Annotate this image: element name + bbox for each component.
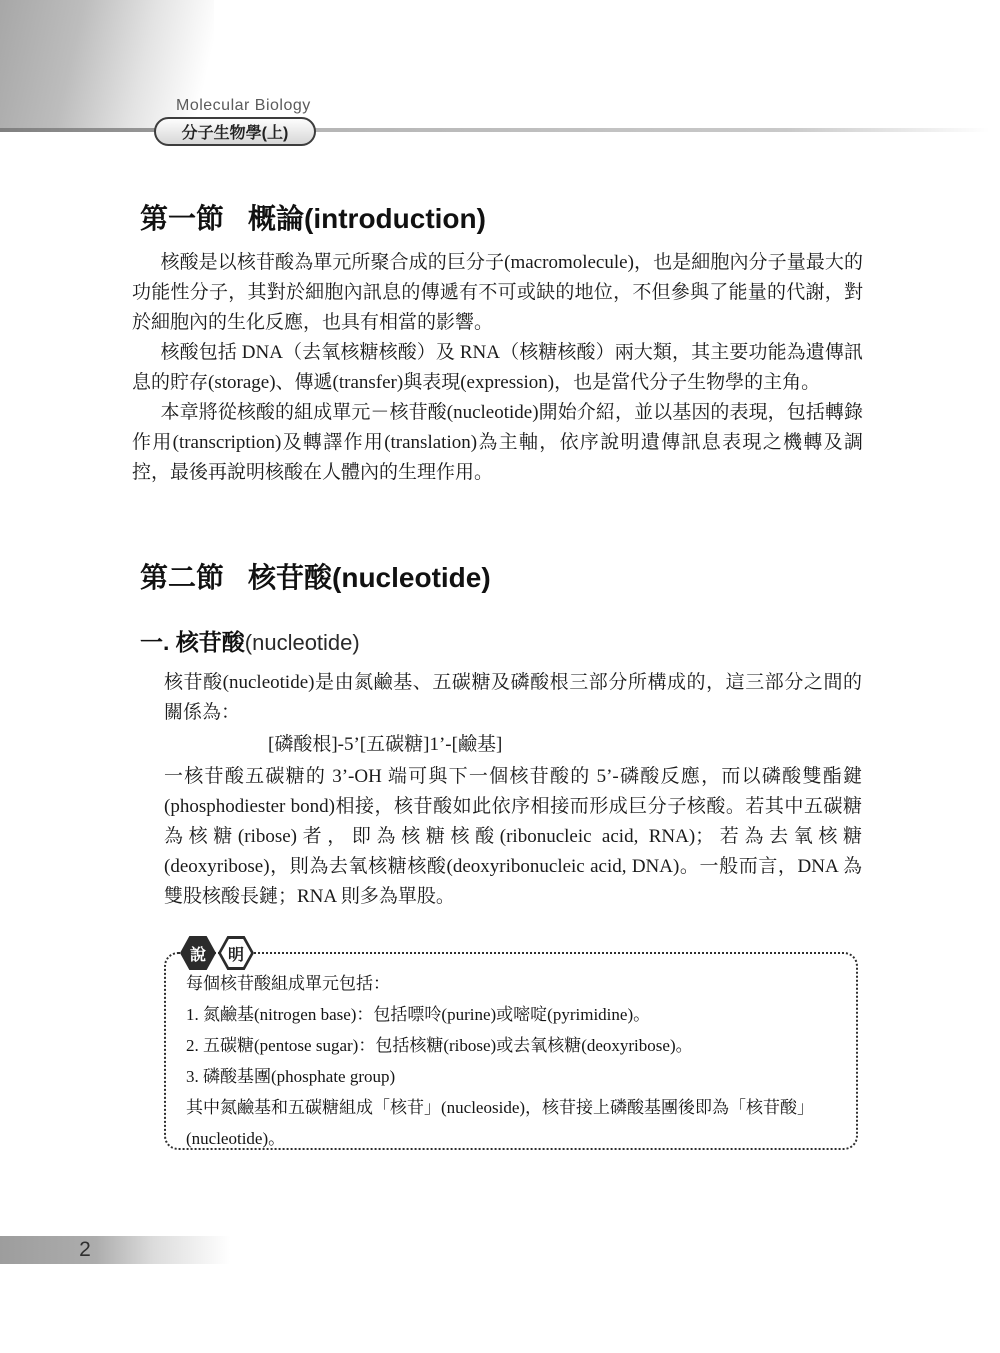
paragraph: 核酸是以核苷酸為單元所聚合成的巨分子(macromolecule)，也是細胞內分… [132, 248, 863, 338]
section1-title: 第一節 概論(introduction) [140, 197, 486, 237]
note-line: 2. 五碳糖(pentose sugar)：包括核糖(ribose)或去氧核糖(… [186, 1030, 836, 1061]
note-line: 3. 磷酸基團(phosphate group) [186, 1061, 836, 1092]
note-badge-row: 說 明 [180, 936, 254, 970]
nucleotide-formula: [磷酸根]-5’[五碳糖]1’-[鹼基] [164, 728, 862, 762]
section2-title: 第二節 核苷酸(nucleotide) [140, 556, 491, 596]
paragraph: 一核苷酸五碳糖的 3’-OH 端可與下一個核苷酸的 5’-磷酸反應，而以磷酸雙酯… [164, 762, 862, 912]
book-title-chinese: 分子生物學(上) [182, 120, 289, 143]
explanation-note-box: 每個核苷酸組成單元包括： 1. 氮鹼基(nitrogen base)：包括嘌呤(… [164, 952, 858, 1150]
section1-number: 第一節 [140, 197, 224, 237]
page-number: 2 [70, 1238, 100, 1262]
note-line: 其中氮鹼基和五碳糖組成「核苷」(nucleoside)，核苷接上磷酸基團後即為「… [186, 1092, 836, 1154]
note-line: 1. 氮鹼基(nitrogen base)：包括嘌呤(purine)或嘧啶(py… [186, 999, 836, 1030]
paragraph: 核酸包括 DNA（去氧核糖核酸）及 RNA（核糖核酸）兩大類，其主要功能為遺傳訊… [132, 338, 863, 398]
section1-paragraphs: 核酸是以核苷酸為單元所聚合成的巨分子(macromolecule)，也是細胞內分… [132, 248, 863, 488]
hexagon-badge-ming-icon: 明 [218, 936, 254, 970]
paragraph: 核苷酸(nucleotide)是由氮鹼基、五碳糖及磷酸根三部分所構成的，這三部分… [164, 668, 862, 728]
book-page: Molecular Biology 分子生物學(上) 第一節 概論(introd… [0, 0, 1000, 1353]
section1-heading: 概論(introduction) [248, 197, 486, 237]
subsection-title: 一. 核苷酸(nucleotide) [140, 624, 360, 657]
subsection-label-zh: 一. 核苷酸 [140, 629, 245, 655]
header-rule-right [310, 128, 990, 132]
subsection-body: 核苷酸(nucleotide)是由氮鹼基、五碳糖及磷酸根三部分所構成的，這三部分… [164, 668, 862, 912]
header-rule-left [0, 128, 158, 132]
book-title-english: Molecular Biology [176, 97, 311, 115]
section2-heading: 核苷酸(nucleotide) [248, 556, 491, 596]
paragraph: 本章將從核酸的組成單元－核苷酸(nucleotide)開始介紹，並以基因的表現，… [132, 398, 863, 488]
hexagon-badge-shuo-icon: 說 [180, 936, 216, 970]
subsection-label-en: (nucleotide) [245, 630, 360, 655]
footer-page-bar [0, 1236, 320, 1264]
book-title-pill: 分子生物學(上) [154, 117, 316, 146]
note-line: 每個核苷酸組成單元包括： [186, 968, 836, 999]
section2-number: 第二節 [140, 556, 224, 596]
